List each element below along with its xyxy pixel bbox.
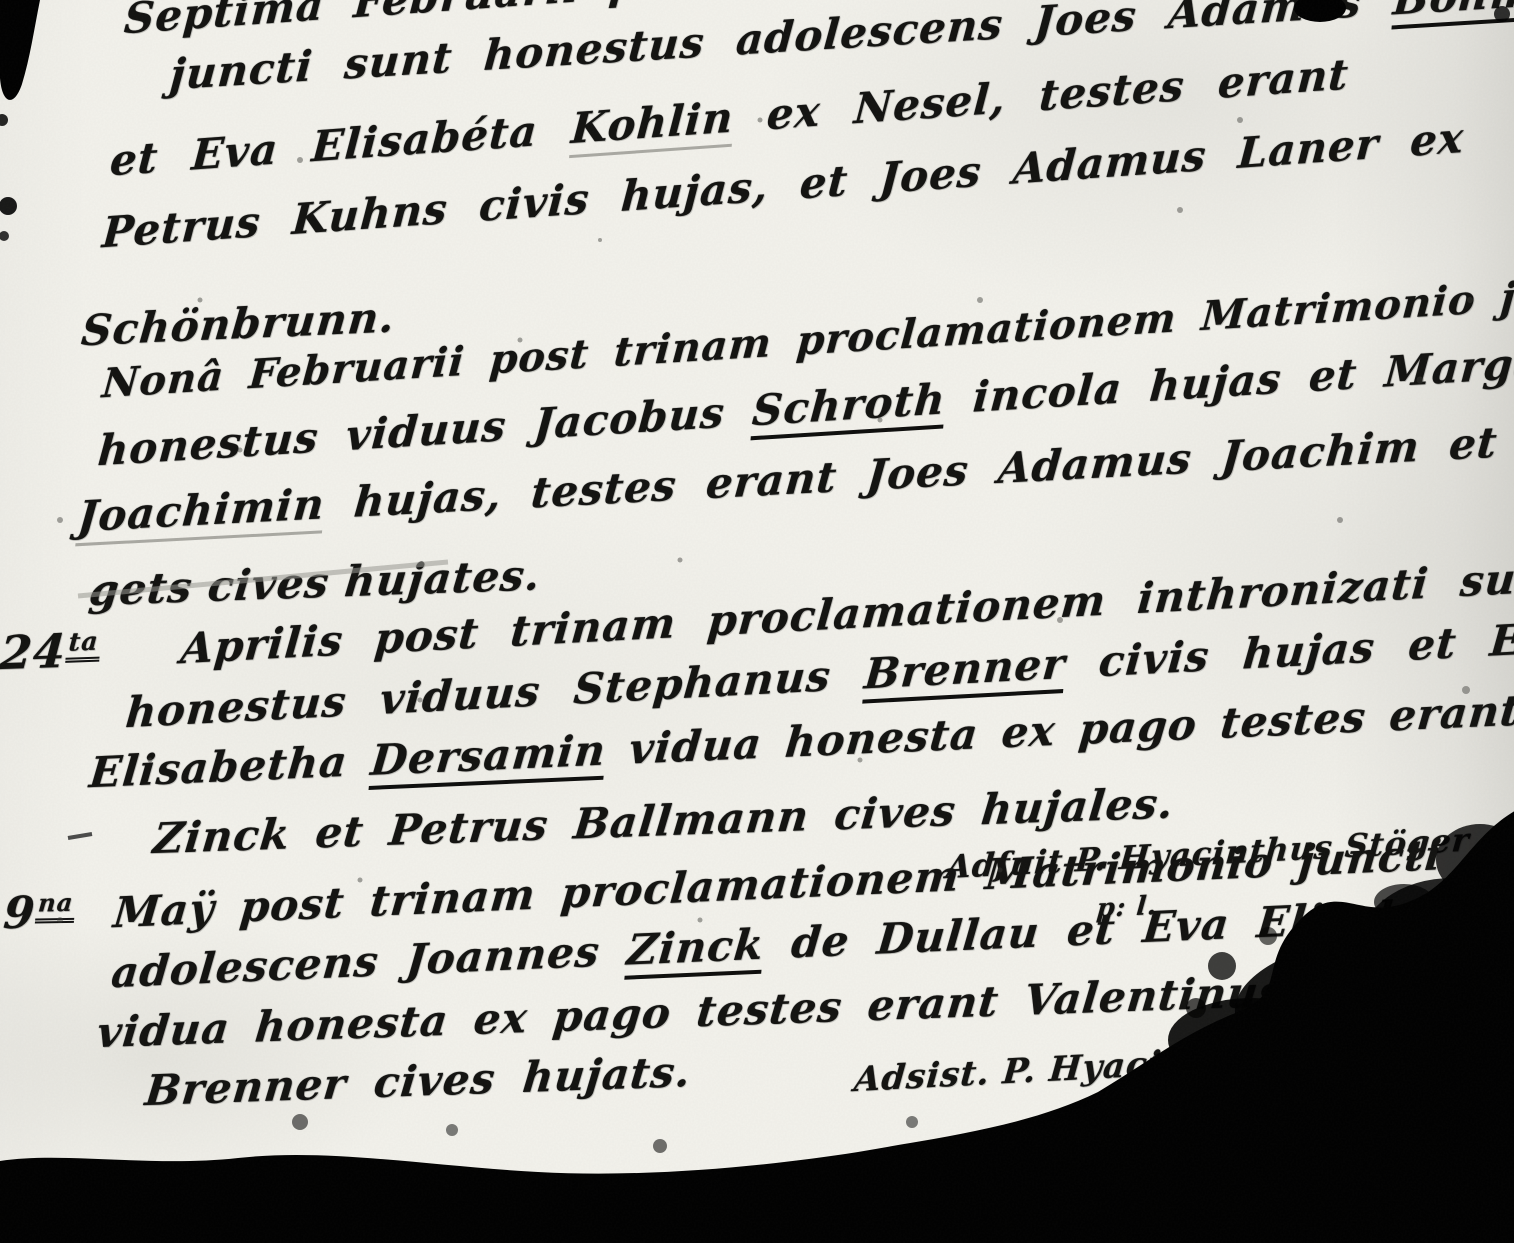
date-ordinal-suffix: ta	[65, 625, 102, 662]
priest-attestation: Adsist. P. Hyacin	[852, 1043, 1189, 1101]
underlined-surname: Dersamin	[368, 725, 608, 790]
line-text: adolescens Joannes	[109, 925, 629, 997]
underlined-surname: Böhm	[1391, 0, 1514, 30]
edge-speck	[0, 231, 9, 241]
line-text: Elisabetha	[87, 736, 373, 798]
date-ordinal-suffix: na	[34, 888, 76, 924]
margin-date: 24ta	[0, 623, 102, 681]
line-text: gets cives hujates.	[87, 550, 543, 615]
line-text: Brenner cives hujats.	[143, 1047, 694, 1115]
line-text: Adsist. P. Hyacin	[852, 1043, 1189, 1101]
underlined-surname: Brenner	[862, 639, 1068, 704]
date-number: 24	[0, 624, 68, 680]
line-text: et Eva Elisabéta	[109, 104, 573, 186]
margin-date: 9na	[2, 887, 77, 939]
underlined-surname: Kohlin	[569, 92, 735, 158]
register-line: gets cives hujates.	[87, 550, 543, 615]
underlined-surname: Zinck	[624, 920, 766, 980]
underlined-surname: Joachimin	[75, 479, 327, 546]
top-left-blotch	[0, 0, 40, 100]
register-line: Brenner cives hujats.	[143, 1047, 694, 1115]
edge-speck	[0, 197, 17, 215]
underlined-surname: Schroth	[750, 374, 947, 440]
manuscript-page: Septimâ Februarii post trinam juncti sun…	[0, 0, 1514, 1243]
edge-speck	[0, 114, 8, 126]
date-number: 9	[2, 887, 38, 939]
stray-ink-dash	[68, 834, 92, 838]
